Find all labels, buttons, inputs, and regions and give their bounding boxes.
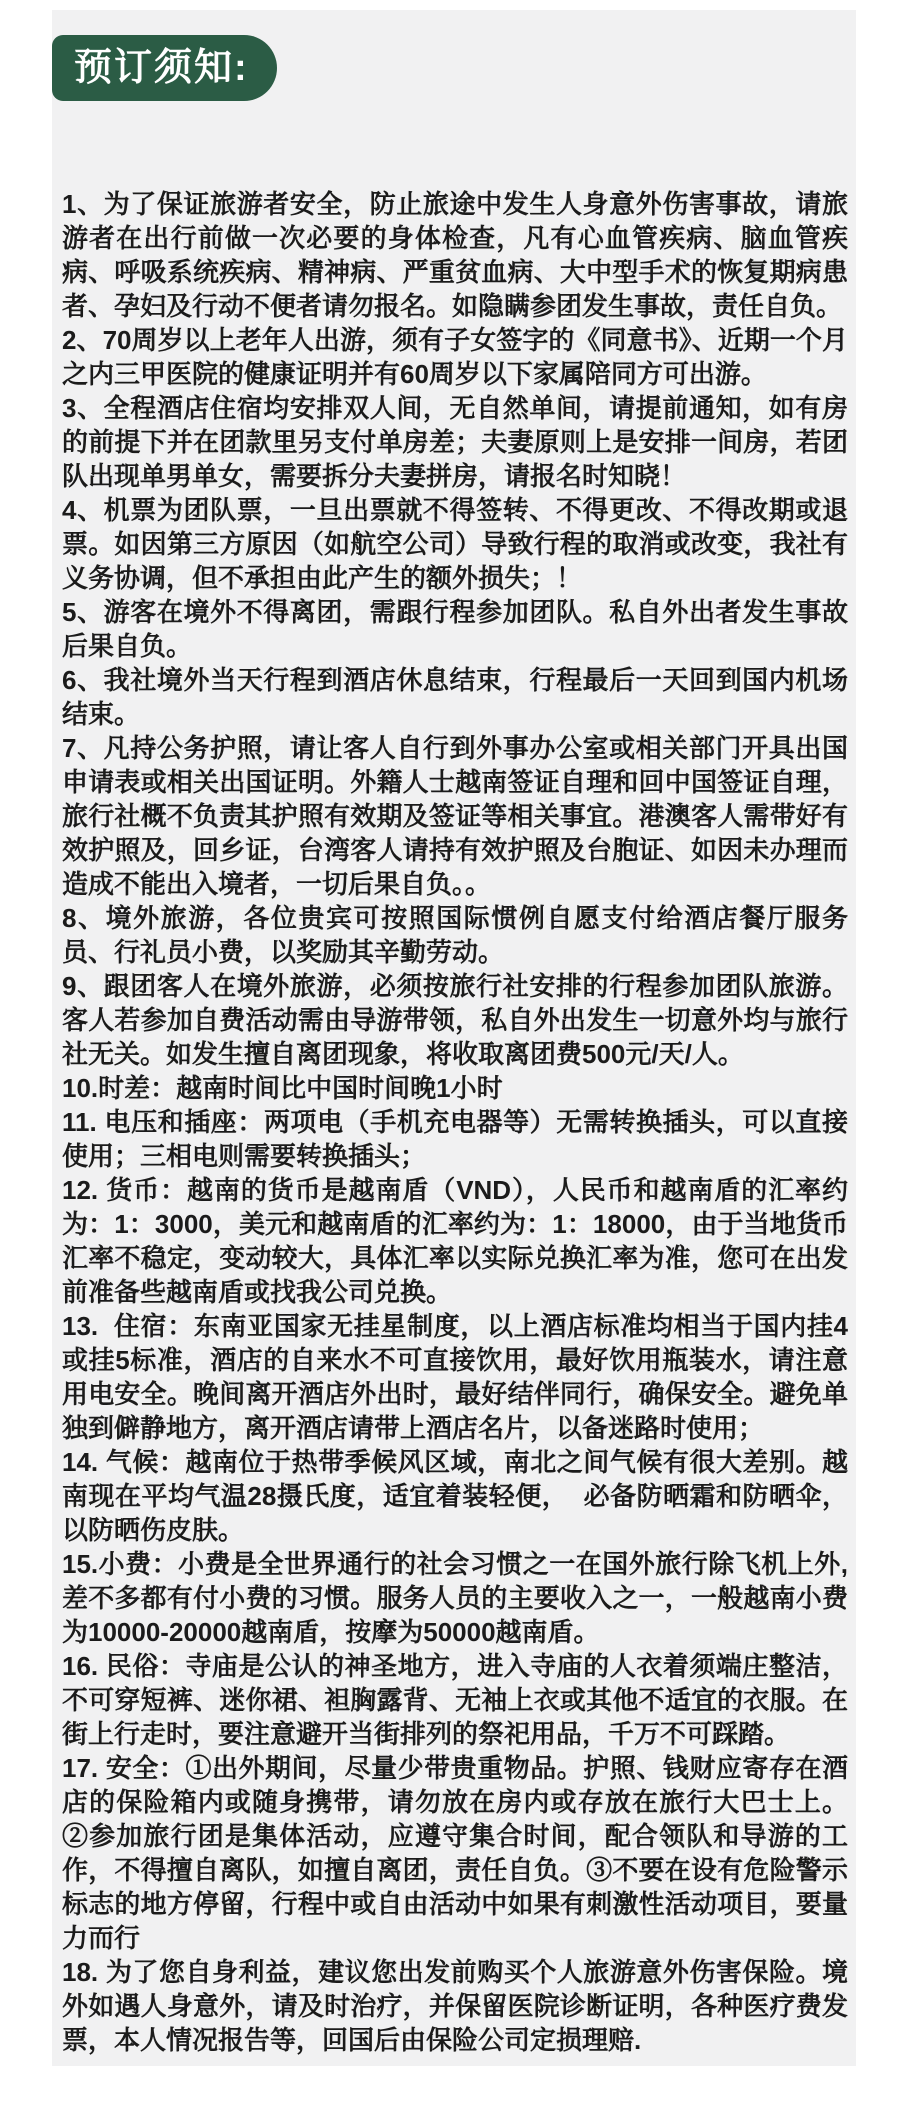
notice-item-17: 17. 安全：①出外期间，尽量少带贵重物品。护照、钱财应寄存在酒店的保险箱内或随… <box>62 1751 848 1955</box>
notice-item-18: 18. 为了您自身利益，建议您出发前购买个人旅游意外伤害保险。境外如遇人身意外，… <box>62 1955 848 2057</box>
notice-item-2: 2、70周岁以上老年人出游，须有子女签字的《同意书》、近期一个月之内三甲医院的健… <box>62 323 848 391</box>
notice-item-15: 15.小费：小费是全世界通行的社会习惯之一在国外旅行除飞机上外,差不多都有付小费… <box>62 1547 848 1649</box>
notice-item-14: 14. 气候：越南位于热带季候风区域，南北之间气候有很大差别。越南现在平均气温2… <box>62 1445 848 1547</box>
notice-item-7: 7、凡持公务护照，请让客人自行到外事办公室或相关部门开具出国申请表或相关出国证明… <box>62 731 848 901</box>
notice-item-4: 4、机票为团队票，一旦出票就不得签转、不得更改、不得改期或退票。如因第三方原因（… <box>62 493 848 595</box>
notice-item-1: 1、为了保证旅游者安全，防止旅途中发生人身意外伤害事故，请旅游者在出行前做一次必… <box>62 187 848 323</box>
notice-item-6: 6、我社境外当天行程到酒店休息结束，行程最后一天回到国内机场结束。 <box>62 663 848 731</box>
notice-item-3: 3、全程酒店住宿均安排双人间，无自然单间，请提前通知，如有房的前提下并在团款里另… <box>62 391 848 493</box>
booking-notice-title-badge: 预订须知: <box>52 35 277 101</box>
notice-item-12: 12. 货币：越南的货币是越南盾（VND），人民币和越南盾的汇率约为：1：300… <box>62 1173 848 1309</box>
notice-card: 预订须知: 1、为了保证旅游者安全，防止旅途中发生人身意外伤害事故，请旅游者在出… <box>52 10 856 2066</box>
page-title: 预订须知: <box>74 47 249 89</box>
notice-item-16: 16. 民俗：寺庙是公认的神圣地方，进入寺庙的人衣着须端庄整洁，不可穿短裤、迷你… <box>62 1649 848 1751</box>
notice-item-11: 11. 电压和插座：两项电（手机充电器等）无需转换插头，可以直接使用；三相电则需… <box>62 1105 848 1173</box>
booking-notice-page: 预订须知: 1、为了保证旅游者安全，防止旅途中发生人身意外伤害事故，请旅游者在出… <box>0 0 900 2103</box>
notice-item-5: 5、游客在境外不得离团，需跟行程参加团队。私自外出者发生事故后果自负。 <box>62 595 848 663</box>
notice-list: 1、为了保证旅游者安全，防止旅途中发生人身意外伤害事故，请旅游者在出行前做一次必… <box>62 187 848 2057</box>
notice-item-8: 8、境外旅游，各位贵宾可按照国际惯例自愿支付给酒店餐厅服务员、行礼员小费，以奖励… <box>62 901 848 969</box>
notice-item-10: 10.时差：越南时间比中国时间晚1小时 <box>62 1071 848 1105</box>
notice-item-13: 13. 住宿：东南亚国家无挂星制度，以上酒店标准均相当于国内挂4或挂5标准，酒店… <box>62 1309 848 1445</box>
notice-item-9: 9、跟团客人在境外旅游，必须按旅行社安排的行程参加团队旅游。客人若参加自费活动需… <box>62 969 848 1071</box>
